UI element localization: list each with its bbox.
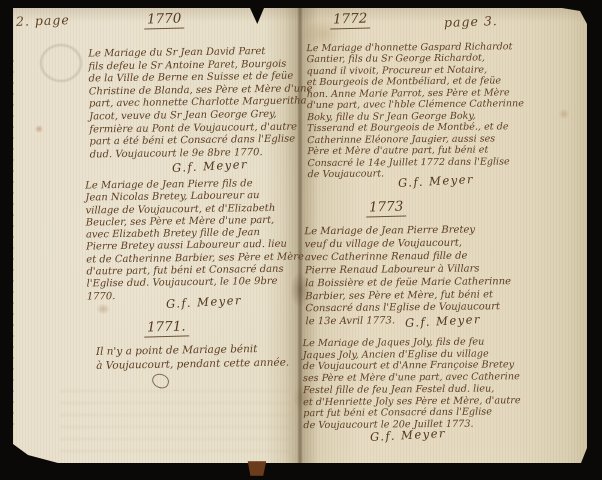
manuscript-book: 2. page 1770 Le Mariage du Sr Jean David… <box>0 0 602 480</box>
page-number-left: 2. page <box>16 12 70 29</box>
manuscript-text-line: à Voujaucourt, pendant cette année. <box>96 355 311 373</box>
marriage-entry: Le Mariage de Jean Pierre Breteyveuf du … <box>304 224 553 330</box>
spine-bottom-notch <box>246 461 268 476</box>
marriage-entry: Le Mariage de Jean Pierre fils deJean Ni… <box>85 177 305 303</box>
embossed-stamp <box>40 44 82 82</box>
marbled-edge-specks <box>11 60 14 430</box>
year-heading-1771: 1771. <box>144 318 189 337</box>
year-heading-1772: 1772 <box>330 10 371 29</box>
year-heading-1773: 1773 <box>366 198 407 217</box>
ink-showthrough <box>60 388 290 452</box>
year-heading-1770: 1770 <box>144 10 185 29</box>
pastor-signature: G.f. Meyer <box>370 426 447 444</box>
pastor-signature: G.f. Meyer <box>166 293 243 311</box>
page-number-right: page 3. <box>444 13 498 30</box>
marriage-entry: Le Mariage du Sr Jean David Paretfils de… <box>88 46 302 162</box>
pastor-signature: G.f. Meyer <box>398 172 475 190</box>
photo-background: 2. page 1770 Le Mariage du Sr Jean David… <box>0 0 602 480</box>
no-marriage-note: Il n'y a point de Mariage bénità Voujauc… <box>96 341 311 373</box>
pastor-signature: G.f. Meyer <box>172 157 249 175</box>
marriage-entry: Le Mariage de Jaques Joly, fils de feuJa… <box>303 336 568 432</box>
marriage-entry: Le Mariage d'honnette Gaspard RichardotG… <box>306 41 565 181</box>
gutter-top-notch <box>250 8 264 24</box>
